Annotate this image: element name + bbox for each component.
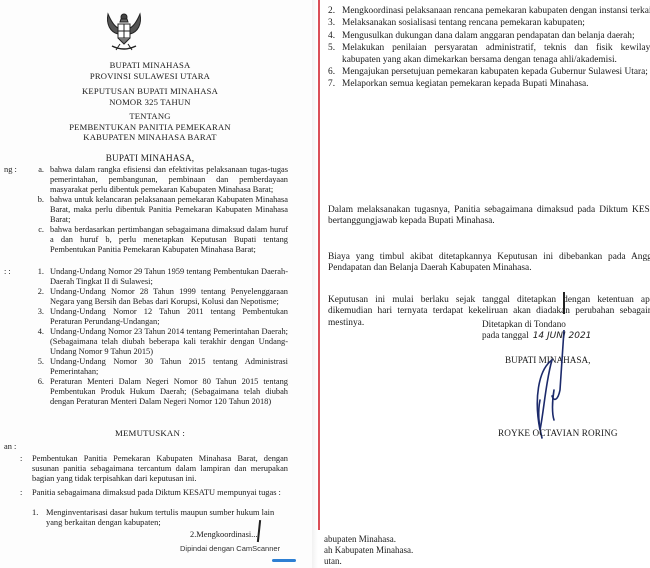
item-text: Mengkoordinasi pelaksanaan rencana pemek…	[342, 6, 650, 17]
item-marker: 1.	[28, 267, 50, 287]
list-item: a.bahwa dalam rangka efisiensi dan efekt…	[28, 165, 288, 195]
list-item: 3.Melaksanakan sosialisasi tentang renca…	[328, 18, 650, 29]
list-item: 2.Undang-Undang Nomor 28 Tahun 1999 tent…	[28, 287, 288, 307]
diktum-kesatu: Pembentukan Panitia Pemekaran Kabupaten …	[32, 454, 288, 484]
scanner-watermark: Dipindai dengan CamScanner	[180, 544, 280, 553]
fragment-line: utan.	[324, 556, 413, 567]
item-marker: 5.	[328, 43, 342, 66]
list-item: 4.Undang-Undang Nomor 23 Tahun 2014 tent…	[28, 327, 288, 357]
item-marker: 3.	[28, 307, 50, 327]
list-item: 4.Mengusulkan dukungan dana dalam anggar…	[328, 31, 650, 42]
mengingat-label: : :	[4, 267, 11, 276]
item-marker: 4.	[28, 327, 50, 357]
subject-line-1: PEMBENTUKAN PANITIA PEMEKARAN	[40, 122, 260, 133]
memutuskan-heading: MEMUTUSKAN :	[40, 428, 260, 439]
decree-heading: KEPUTUSAN BUPATI MINAHASA NOMOR 325 TAHU…	[40, 86, 260, 107]
official-title: BUPATI MINAHASA,	[40, 153, 260, 164]
item-text: Undang-Undang Nomor 28 Tahun 1999 tentan…	[50, 287, 288, 307]
list-item: c.bahwa berdasarkan pertimbangan sebagai…	[28, 225, 288, 255]
item-text: Undang-Undang Nomor 23 Tahun 2014 tentan…	[50, 327, 288, 357]
mengingat-list: 1.Undang-Undang Nomor 29 Tahun 1959 tent…	[28, 267, 288, 407]
item-marker: 2.	[28, 287, 50, 307]
province: PROVINSI SULAWESI UTARA	[40, 71, 260, 82]
subject-heading: TENTANG PEMBENTUKAN PANITIA PEMEKARAN KA…	[40, 111, 260, 143]
menimbang-list: a.bahwa dalam rangka efisiensi dan efekt…	[28, 165, 288, 255]
item-text: Undang-Undang Nomor 30 Tahun 2015 tentan…	[50, 357, 288, 377]
item-marker: b.	[28, 195, 50, 225]
funding-paragraph: Biaya yang timbul akibat ditetapkannya K…	[328, 252, 650, 275]
garuda-emblem-icon	[102, 8, 146, 54]
item-text: Menginventarisasi dasar hukum tertulis m…	[46, 508, 288, 528]
fragment-line: ah Kabupaten Minahasa.	[324, 545, 413, 556]
list-item: 5.Melakukan penilaian persyaratan admini…	[328, 43, 650, 66]
item-marker: 3.	[328, 18, 342, 29]
item-marker: c.	[28, 225, 50, 255]
item-text: Undang-Undang Nomor 29 Tahun 1959 tentan…	[50, 267, 288, 287]
signatory-name: ROYKE OCTAVIAN RORING	[498, 428, 618, 438]
item-marker: 7.	[328, 79, 342, 90]
list-item: 5.Undang-Undang Nomor 30 Tahun 2015 tent…	[28, 357, 288, 377]
about-label: TENTANG	[40, 111, 260, 122]
item-marker: 4.	[328, 31, 342, 42]
diktum-kedua: Panitia sebagaimana dimaksud pada Diktum…	[32, 488, 288, 498]
menimbang-label: ng :	[4, 165, 17, 174]
scanner-accent-bar	[272, 559, 296, 562]
document-page-left: BUPATI MINAHASA PROVINSI SULAWESI UTARA …	[0, 0, 312, 568]
item-marker: 5.	[28, 357, 50, 377]
initial-mark-icon	[563, 292, 565, 314]
item-text: Mengajukan persetujuan pemekaran kabupat…	[342, 67, 650, 78]
item-text: Melaporkan semua kegiatan pemekaran kepa…	[342, 79, 650, 90]
fragment-line: abupaten Minahasa.	[324, 534, 413, 545]
letterhead: BUPATI MINAHASA PROVINSI SULAWESI UTARA	[40, 60, 260, 81]
decree-title: KEPUTUSAN BUPATI MINAHASA	[40, 86, 260, 97]
decree-number: NOMOR 325 TAHUN	[40, 97, 260, 108]
list-item: 1.Undang-Undang Nomor 29 Tahun 1959 tent…	[28, 267, 288, 287]
item-text: Melaksanakan sosialisasi tentang rencana…	[342, 18, 650, 29]
item-text: bahwa dalam rangka efisiensi dan efektiv…	[50, 165, 288, 195]
item-marker: 2.	[328, 6, 342, 17]
handwritten-signature-icon	[530, 330, 580, 440]
date-label: pada tanggal	[482, 330, 529, 340]
item-text: Mengusulkan dukungan dana dalam anggaran…	[342, 31, 650, 42]
responsibility-paragraph: Dalam melaksanakan tugasnya, Panitia seb…	[328, 205, 650, 228]
list-item: 1.Menginventarisasi dasar hukum tertulis…	[32, 508, 288, 528]
item-text: bahwa berdasarkan pertimbangan sebagaima…	[50, 225, 288, 255]
next-page-fragment: abupaten Minahasa. ah Kabupaten Minahasa…	[324, 534, 413, 567]
item-text: Melakukan penilaian persyaratan administ…	[342, 43, 650, 66]
item-text: Undang-Undang Nomor 12 Tahun 2011 tentan…	[50, 307, 288, 327]
diktum-1-marker: :	[20, 454, 22, 463]
list-item: 6.Peraturan Menteri Dalam Negeri Nomor 8…	[28, 377, 288, 407]
item-marker: 6.	[28, 377, 50, 407]
list-item: 2.Mengkoordinasi pelaksanaan rencana pem…	[328, 6, 650, 17]
list-item: 6.Mengajukan persetujuan pemekaran kabup…	[328, 67, 650, 78]
item-marker: a.	[28, 165, 50, 195]
list-item: b.bahwa untuk kelancaran pelaksanaan pem…	[28, 195, 288, 225]
subject-line-2: KABUPATEN MINAHASA BARAT	[40, 132, 260, 143]
item-text: bahwa untuk kelancaran pelaksanaan pemek…	[50, 195, 288, 225]
menetapkan-label: an :	[4, 442, 16, 451]
list-item: 3.Undang-Undang Nomor 12 Tahun 2011 tent…	[28, 307, 288, 327]
task-list-right: 2.Mengkoordinasi pelaksanaan rencana pem…	[328, 6, 650, 92]
place-line: Ditetapkan di Tondano	[482, 319, 591, 330]
list-item: 7.Melaporkan semua kegiatan pemekaran ke…	[328, 79, 650, 90]
page-continuation: 2.Mengkoordinasi...	[190, 530, 257, 539]
item-marker: 1.	[32, 508, 46, 528]
issuer: BUPATI MINAHASA	[40, 60, 260, 71]
task-list-left: 1.Menginventarisasi dasar hukum tertulis…	[32, 508, 288, 528]
item-marker: 6.	[328, 67, 342, 78]
diktum-2-marker: :	[20, 488, 22, 497]
item-text: Peraturan Menteri Dalam Negeri Nomor 80 …	[50, 377, 288, 407]
